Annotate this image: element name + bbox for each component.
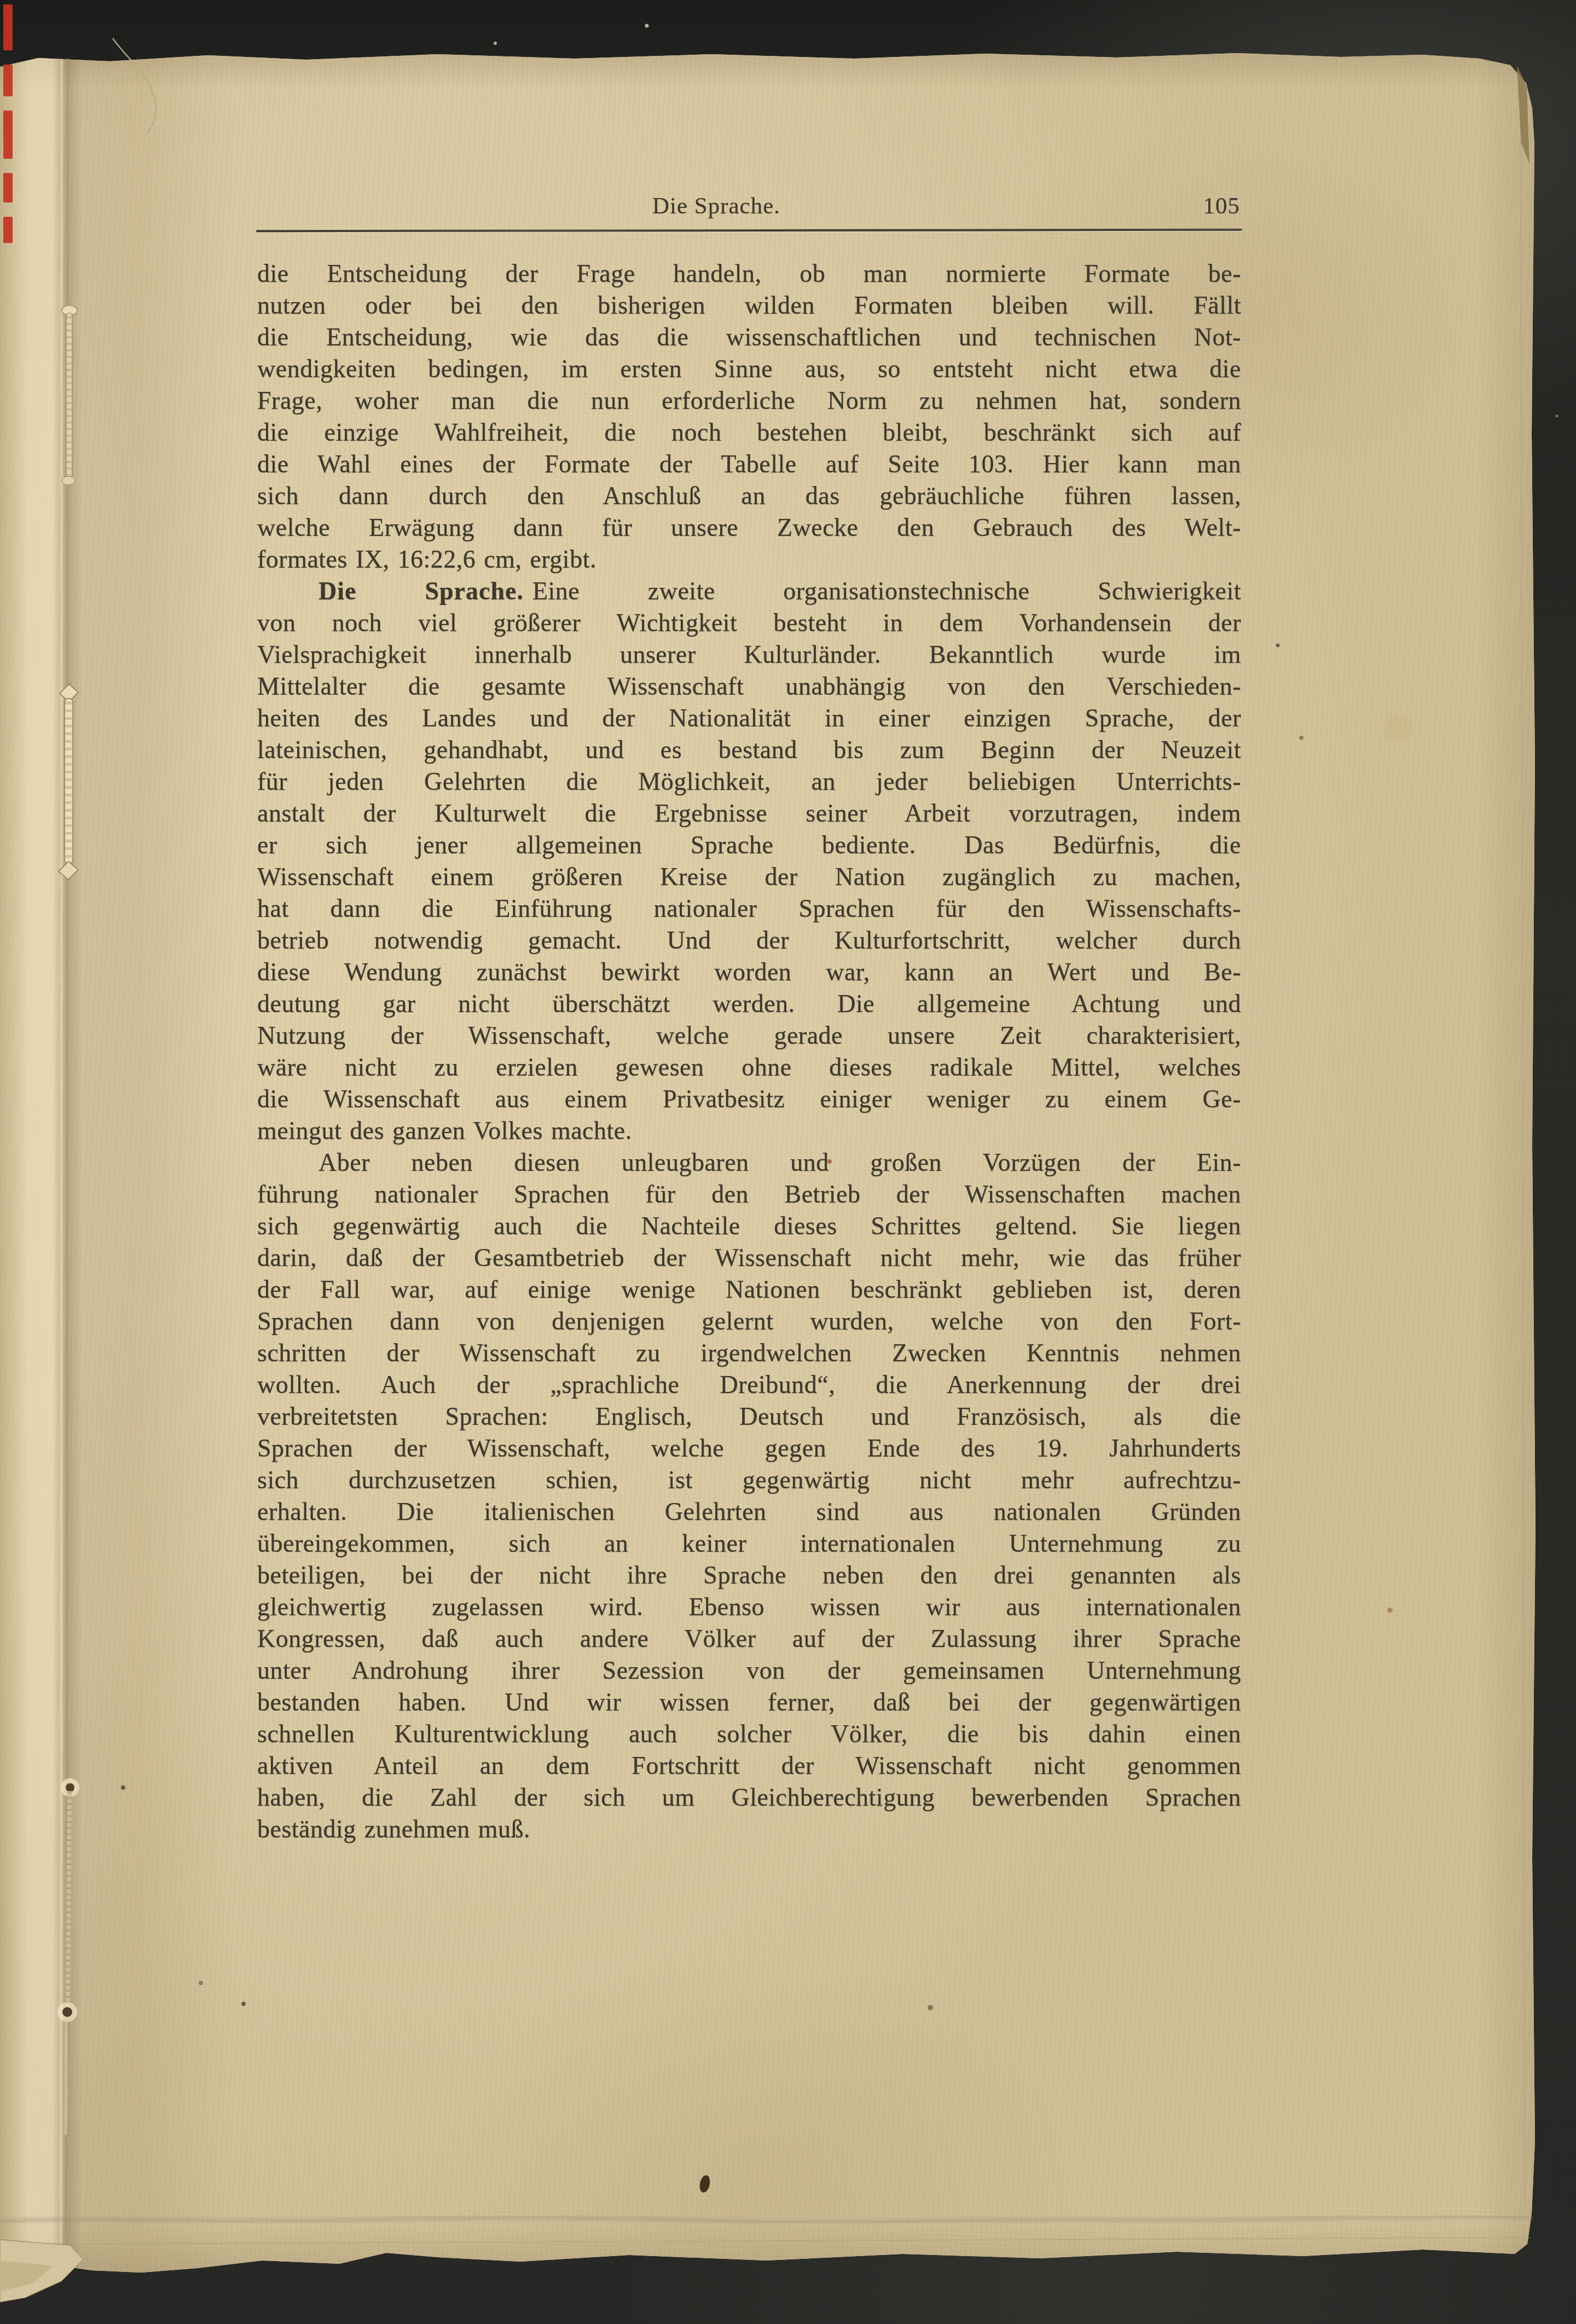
text-line: heiten des Landes und der Nationalität i… [257, 702, 1241, 734]
page-gutter-shadow [0, 50, 235, 2274]
text-line: hat dann die Einführung nationaler Sprac… [257, 893, 1241, 924]
text-line: aktiven Anteil an dem Fortschritt der Wi… [257, 1750, 1241, 1782]
body-text: die Entscheidung der Frage handeln, ob m… [257, 258, 1241, 1845]
text-line: Sprachen dann von denjenigen gelernt wur… [257, 1305, 1241, 1337]
text-line: beständig zunehmen muß. [257, 1813, 1241, 1845]
text-line: beteiligen, bei der nicht ihre Sprache n… [257, 1559, 1241, 1591]
text-line: Vielsprachigkeit innerhalb unserer Kultu… [257, 639, 1241, 670]
text-line: Aber neben diesen unleugbaren und großen… [257, 1147, 1241, 1178]
page-title: Die Sprache. [652, 193, 780, 219]
text-line: Kongressen, daß auch andere Völker auf d… [257, 1623, 1241, 1655]
text-line: lateinischen, gehandhabt, und es bestand… [257, 734, 1241, 766]
text-line: die Entscheidung der Frage handeln, ob m… [257, 258, 1241, 290]
text-line: von noch viel größerer Wichtigkeit beste… [257, 607, 1241, 639]
text-line: Nutzung der Wissenschaft, welche gerade … [257, 1020, 1241, 1051]
text-line: formates IX, 16:22,6 cm, ergibt. [257, 544, 1241, 575]
text-line: sich durchzusetzen schien, ist gegenwärt… [257, 1464, 1241, 1496]
red-mark-segment [3, 4, 13, 50]
text-line: darin, daß der Gesamtbetrieb der Wissens… [257, 1242, 1241, 1274]
text-line: der Fall war, auf einige wenige Nationen… [257, 1274, 1241, 1305]
text-line: bestanden haben. Und wir wissen ferner, … [257, 1686, 1241, 1718]
text-line: anstalt der Kulturwelt die Ergebnisse se… [257, 797, 1241, 829]
text-line: die Wissenschaft aus einem Privatbesitz … [257, 1083, 1241, 1115]
text-line: wäre nicht zu erzielen gewesen ohne dies… [257, 1051, 1241, 1083]
text-line: die Entscheidung, wie das die wissenscha… [257, 321, 1241, 353]
text-line: er sich jener allgemeinen Sprache bedien… [257, 829, 1241, 861]
text-line: sich dann durch den Anschluß an das gebr… [257, 480, 1241, 512]
text-line: führung nationaler Sprachen für den Betr… [257, 1178, 1241, 1210]
running-header: Die Sprache. 105 [257, 193, 1241, 223]
text-line: schnellen Kulturentwicklung auch solcher… [257, 1718, 1241, 1750]
text-line: Frage, woher man die nun erforderliche N… [257, 385, 1241, 417]
text-line: für jeden Gelehrten die Möglichkeit, an … [257, 766, 1241, 797]
text-line: übereingekommen, sich an keiner internat… [257, 1528, 1241, 1559]
text-line: betrieb notwendig gemacht. Und der Kultu… [257, 924, 1241, 956]
text-line: diese Wendung zunächst bewirkt worden wa… [257, 956, 1241, 988]
paragraph-lead: Die Sprache. [318, 577, 524, 605]
page-number: 105 [1203, 193, 1241, 219]
text-line: wendigkeiten bedingen, im ersten Sinne a… [257, 353, 1241, 385]
text-line: deutung gar nicht überschätzt werden. Di… [257, 988, 1241, 1020]
text-line: welche Erwägung dann für unsere Zwecke d… [257, 512, 1241, 544]
text-line: haben, die Zahl der sich um Gleichberech… [257, 1782, 1241, 1813]
text-line: unter Androhung ihrer Sezession von der … [257, 1655, 1241, 1686]
text-line: sich gegenwärtig auch die Nachteile dies… [257, 1210, 1241, 1242]
text-line: wollten. Auch der „sprachliche Dreibund“… [257, 1369, 1241, 1401]
book-scan: Die Sprache. 105 die Entscheidung der Fr… [0, 0, 1576, 2324]
text-line: verbreitetsten Sprachen: Englisch, Deuts… [257, 1401, 1241, 1432]
text-line: Sprachen der Wissenschaft, welche gegen … [257, 1432, 1241, 1464]
text-line: die Wahl eines der Formate der Tabelle a… [257, 448, 1241, 480]
text-line: Die Sprache.Eine zweite organisationstec… [257, 575, 1241, 607]
text-line: die einzige Wahlfreiheit, die noch beste… [257, 417, 1241, 448]
text-line: meingut des ganzen Volkes machte. [257, 1115, 1241, 1147]
text-line: erhalten. Die italienischen Gelehrten si… [257, 1496, 1241, 1528]
text-line: Mittelalter die gesamte Wissenschaft una… [257, 670, 1241, 702]
text-line: nutzen oder bei den bisherigen wilden Fo… [257, 290, 1241, 321]
text-line: schritten der Wissenschaft zu irgendwelc… [257, 1337, 1241, 1369]
text-line: Wissenschaft einem größeren Kreise der N… [257, 861, 1241, 893]
text-line: gleichwertig zugelassen wird. Ebenso wis… [257, 1591, 1241, 1623]
